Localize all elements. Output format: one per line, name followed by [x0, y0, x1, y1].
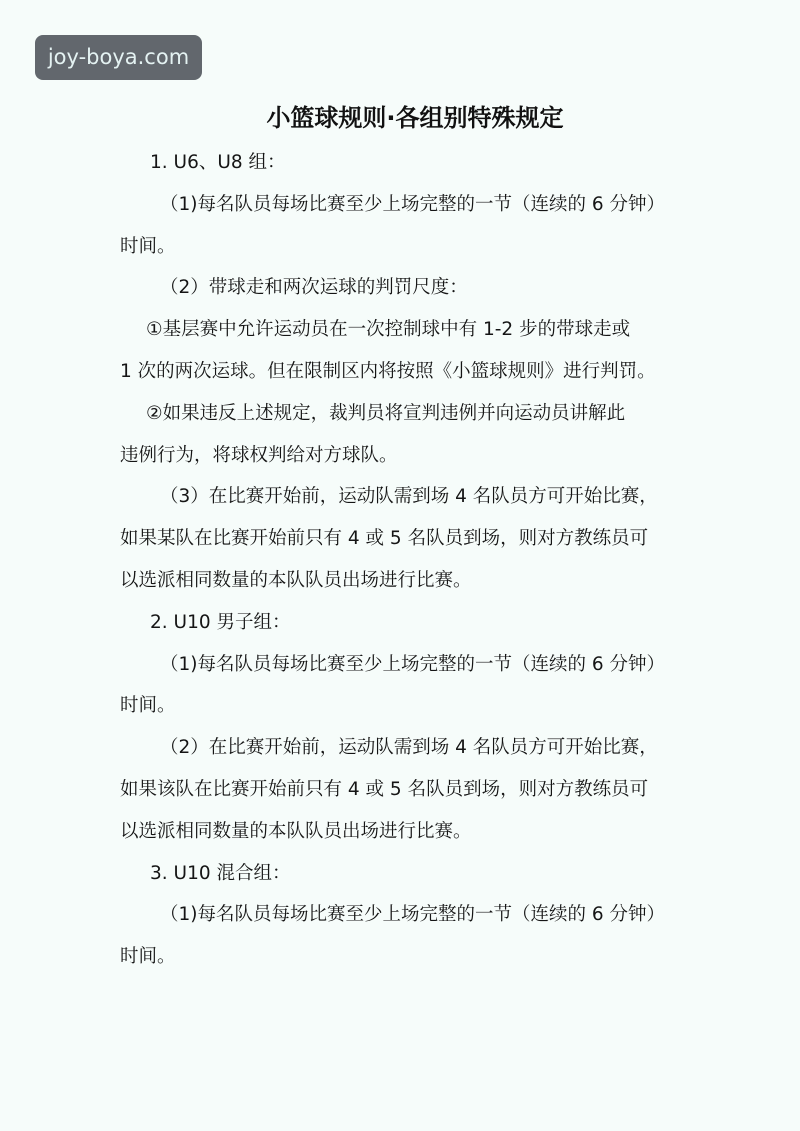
rule-paragraph: （3）在比赛开始前，运动队需到场 4 名队员方可开始比赛， [120, 476, 695, 518]
rule-subitem: ②如果违反上述规定，裁判员将宣判违例并向运动员讲解此 [120, 393, 695, 435]
rule-paragraph-continuation: 1 次的两次运球。但在限制区内将按照《小篮球规则》进行判罚。 [120, 351, 695, 393]
rule-paragraph: （1)每名队员每场比赛至少上场完整的一节（连续的 6 分钟） [120, 894, 695, 936]
rule-paragraph-continuation: 违例行为，将球权判给对方球队。 [120, 435, 695, 477]
rule-paragraph: （2）在比赛开始前，运动队需到场 4 名队员方可开始比赛， [120, 727, 695, 769]
rule-paragraph-continuation: 以选派相同数量的本队队员出场进行比赛。 [120, 560, 695, 602]
rule-paragraph: （2）带球走和两次运球的判罚尺度： [120, 267, 695, 309]
section-heading-u6-u8: 1. U6、U8 组： [120, 142, 695, 184]
document-body: 1. U6、U8 组： （1)每名队员每场比赛至少上场完整的一节（连续的 6 分… [120, 142, 695, 978]
rule-paragraph-continuation: 以选派相同数量的本队队员出场进行比赛。 [120, 811, 695, 853]
rule-paragraph-continuation: 时间。 [120, 226, 695, 268]
rule-paragraph-continuation: 如果该队在比赛开始前只有 4 或 5 名队员到场，则对方教练员可 [120, 769, 695, 811]
watermark-text: joy-boya.com [48, 45, 189, 69]
rule-paragraph-continuation: 如果某队在比赛开始前只有 4 或 5 名队员到场，则对方教练员可 [120, 518, 695, 560]
document-title: 小篮球规则·各组别特殊规定 [0, 98, 800, 133]
rule-paragraph-continuation: 时间。 [120, 685, 695, 727]
section-heading-u10-boys: 2. U10 男子组： [120, 602, 695, 644]
watermark-badge: joy-boya.com [35, 35, 202, 80]
section-heading-u10-mixed: 3. U10 混合组： [120, 853, 695, 895]
rule-paragraph: （1)每名队员每场比赛至少上场完整的一节（连续的 6 分钟） [120, 184, 695, 226]
rule-paragraph: （1)每名队员每场比赛至少上场完整的一节（连续的 6 分钟） [120, 644, 695, 686]
rule-paragraph-continuation: 时间。 [120, 936, 695, 978]
rule-subitem: ①基层赛中允许运动员在一次控制球中有 1-2 步的带球走或 [120, 309, 695, 351]
